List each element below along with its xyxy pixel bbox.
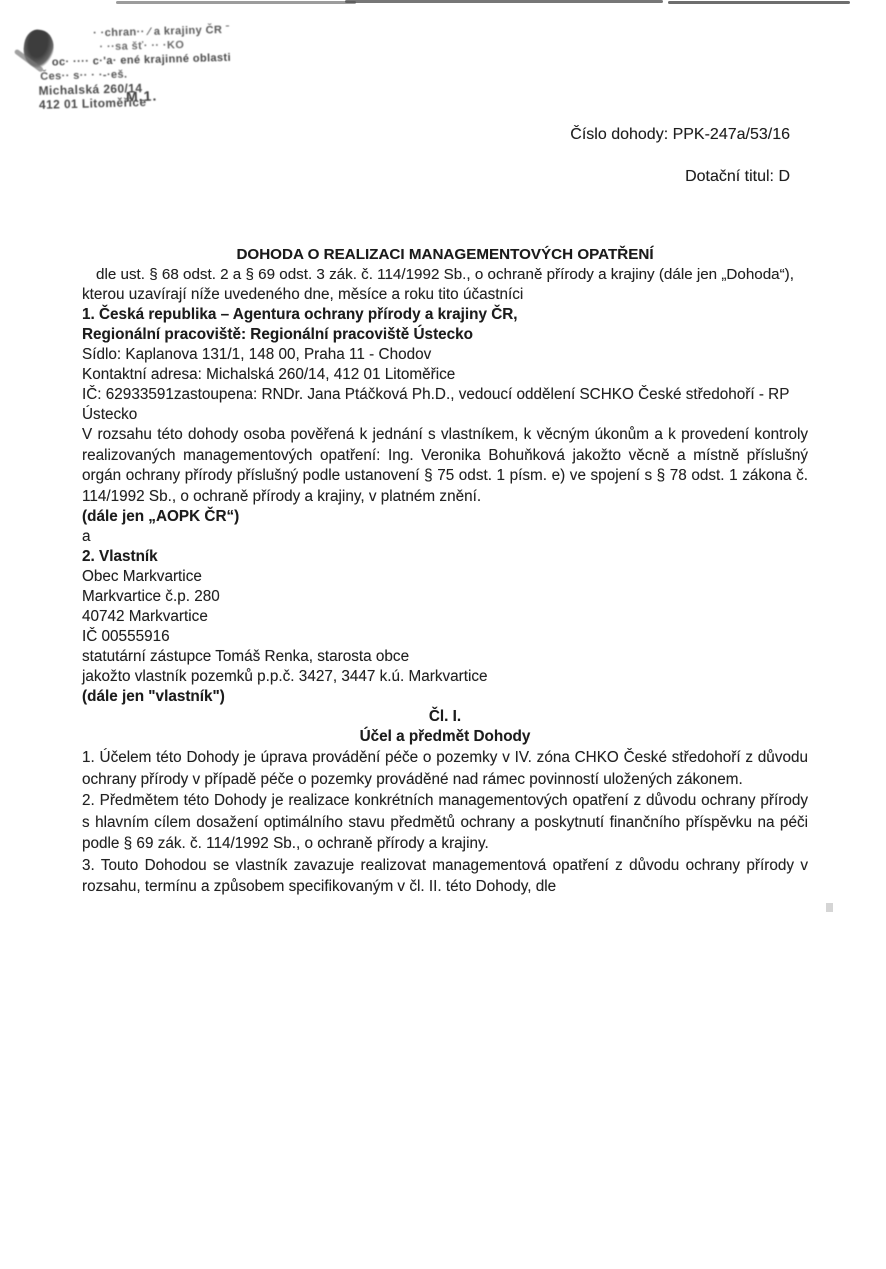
- party1-contact-address: Kontaktní adresa: Michalská 260/14, 412 …: [82, 365, 808, 385]
- scanned-document-page: · ·chran·· ⁄ a krajiny ČR ˉ · ··sa šť· ·…: [0, 0, 886, 1269]
- scan-artifact-dot: [826, 903, 833, 912]
- agreement-number: Číslo dohody: PPK-247a/53/16: [570, 126, 790, 144]
- party2-line: IČ 00555916: [82, 627, 808, 647]
- party2-alias: (dále jen "vlastník"): [82, 687, 808, 707]
- article1-paragraph: 2. Předmětem této Dohody je realizace ko…: [82, 790, 808, 855]
- party2-line: statutární zástupce Tomáš Renka, starost…: [82, 647, 808, 667]
- handwritten-mark: M.1.: [126, 87, 158, 104]
- party1-seat: Sídlo: Kaplanova 131/1, 148 00, Praha 11…: [82, 345, 808, 365]
- article1-number: Čl. I.: [82, 707, 808, 727]
- article1-paragraph: 1. Účelem této Dohody je úprava prováděn…: [82, 747, 808, 790]
- article1-paragraph: 3. Touto Dohodou se vlastník zavazuje re…: [82, 855, 808, 898]
- party2-block: 2. Vlastník Obec Markvartice Markvartice…: [82, 547, 808, 687]
- scan-artifact-top: [116, 1, 356, 4]
- party2-line: 40742 Markvartice: [82, 607, 808, 627]
- intro-clause: kterou uzavírají níže uvedeného dne, měs…: [82, 285, 808, 305]
- party2-line: Markvartice č.p. 280: [82, 587, 808, 607]
- sender-address-stamp: · ·chran·· ⁄ a krajiny ČR ˉ · ··sa šť· ·…: [37, 20, 339, 112]
- article1-title: Účel a předmět Dohody: [82, 727, 808, 747]
- scan-artifact-top: [345, 0, 663, 3]
- document-body: DOHODA O REALIZACI MANAGEMENTOVÝCH OPATŘ…: [82, 245, 808, 898]
- conjunction: a: [82, 527, 808, 547]
- document-title: DOHODA O REALIZACI MANAGEMENTOVÝCH OPATŘ…: [82, 245, 808, 265]
- scan-artifact-top: [668, 1, 850, 4]
- party1-block: 1. Česká republika – Agentura ochrany př…: [82, 305, 808, 425]
- party1-regional-office: Regionální pracoviště: Regionální pracov…: [82, 325, 808, 345]
- party1-scope-paragraph: V rozsahu této dohody osoba pověřená k j…: [82, 425, 808, 507]
- document-subtitle: dle ust. § 68 odst. 2 a § 69 odst. 3 zák…: [82, 265, 808, 285]
- party1-ico-representative: IČ: 62933591zastoupena: RNDr. Jana Ptáčk…: [82, 385, 808, 425]
- party1-alias: (dále jen „AOPK ČR“): [82, 507, 808, 527]
- party2-line: jakožto vlastník pozemků p.p.č. 3427, 34…: [82, 667, 808, 687]
- party1-name: 1. Česká republika – Agentura ochrany př…: [82, 305, 808, 325]
- grant-title: Dotační titul: D: [685, 168, 790, 186]
- party2-heading: 2. Vlastník: [82, 547, 808, 567]
- article1-heading: Čl. I. Účel a předmět Dohody: [82, 707, 808, 747]
- party2-line: Obec Markvartice: [82, 567, 808, 587]
